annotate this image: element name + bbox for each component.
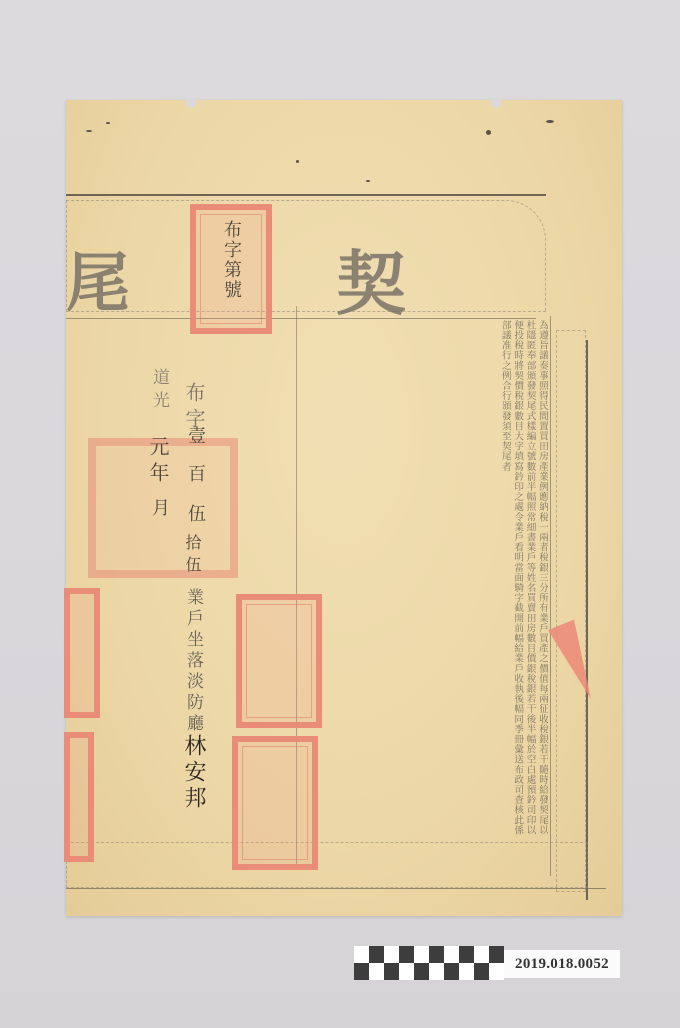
era-year: 元年 xyxy=(148,436,168,488)
ink-speck xyxy=(546,120,554,123)
ink-speck xyxy=(296,160,299,163)
era-month: 月 xyxy=(150,498,168,522)
heading-char-wei: 尾 xyxy=(66,232,130,324)
amount-4: 拾伍 xyxy=(184,534,200,578)
ink-speck xyxy=(106,122,110,124)
era-daoguang: 道光 xyxy=(150,368,167,414)
amount-3: 伍 xyxy=(186,504,204,528)
paper-tear xyxy=(491,98,501,108)
owner-name: 林安邦 xyxy=(182,734,204,812)
frame-right-line xyxy=(586,340,588,900)
half-seal-left-1 xyxy=(64,588,100,718)
accession-number: 2019.018.0052 xyxy=(504,950,620,978)
serial-seal: 布字第號 xyxy=(190,204,272,334)
bottom-border-decoration xyxy=(66,842,588,888)
frame-top-line xyxy=(66,194,546,196)
ink-speck xyxy=(486,130,491,135)
ink-speck xyxy=(366,180,370,182)
half-seal-left-2 xyxy=(64,732,94,862)
dragon-border-decoration xyxy=(66,200,546,312)
paper-tear xyxy=(186,98,196,108)
frame-inner-line xyxy=(66,318,536,319)
document-paper: 尾 契 布字第號 道光 元年 月 布字 壹 百 伍 拾伍 業戶坐落淡防廳 林安邦… xyxy=(66,100,622,916)
issuer-text: 業戶坐落淡防廳 xyxy=(184,588,201,735)
seal-inner-border xyxy=(242,746,308,860)
side-border-decoration xyxy=(556,330,586,892)
amount-1: 壹 xyxy=(186,426,204,450)
ink-speck xyxy=(86,130,92,132)
amount-2: 百 xyxy=(186,464,204,488)
frame-inner-right-line xyxy=(550,316,551,876)
serial-seal-text: 布字第號 xyxy=(222,220,240,300)
certificate-body-text: 為遵旨議奏事照得民間置買田房產業例應納稅一兩者稅銀三分所有業戶買產之價值每兩征收… xyxy=(302,320,548,840)
frame-bottom-line xyxy=(66,888,606,889)
color-scale-bar xyxy=(354,946,504,980)
heading-char-qi: 契 xyxy=(336,228,406,329)
